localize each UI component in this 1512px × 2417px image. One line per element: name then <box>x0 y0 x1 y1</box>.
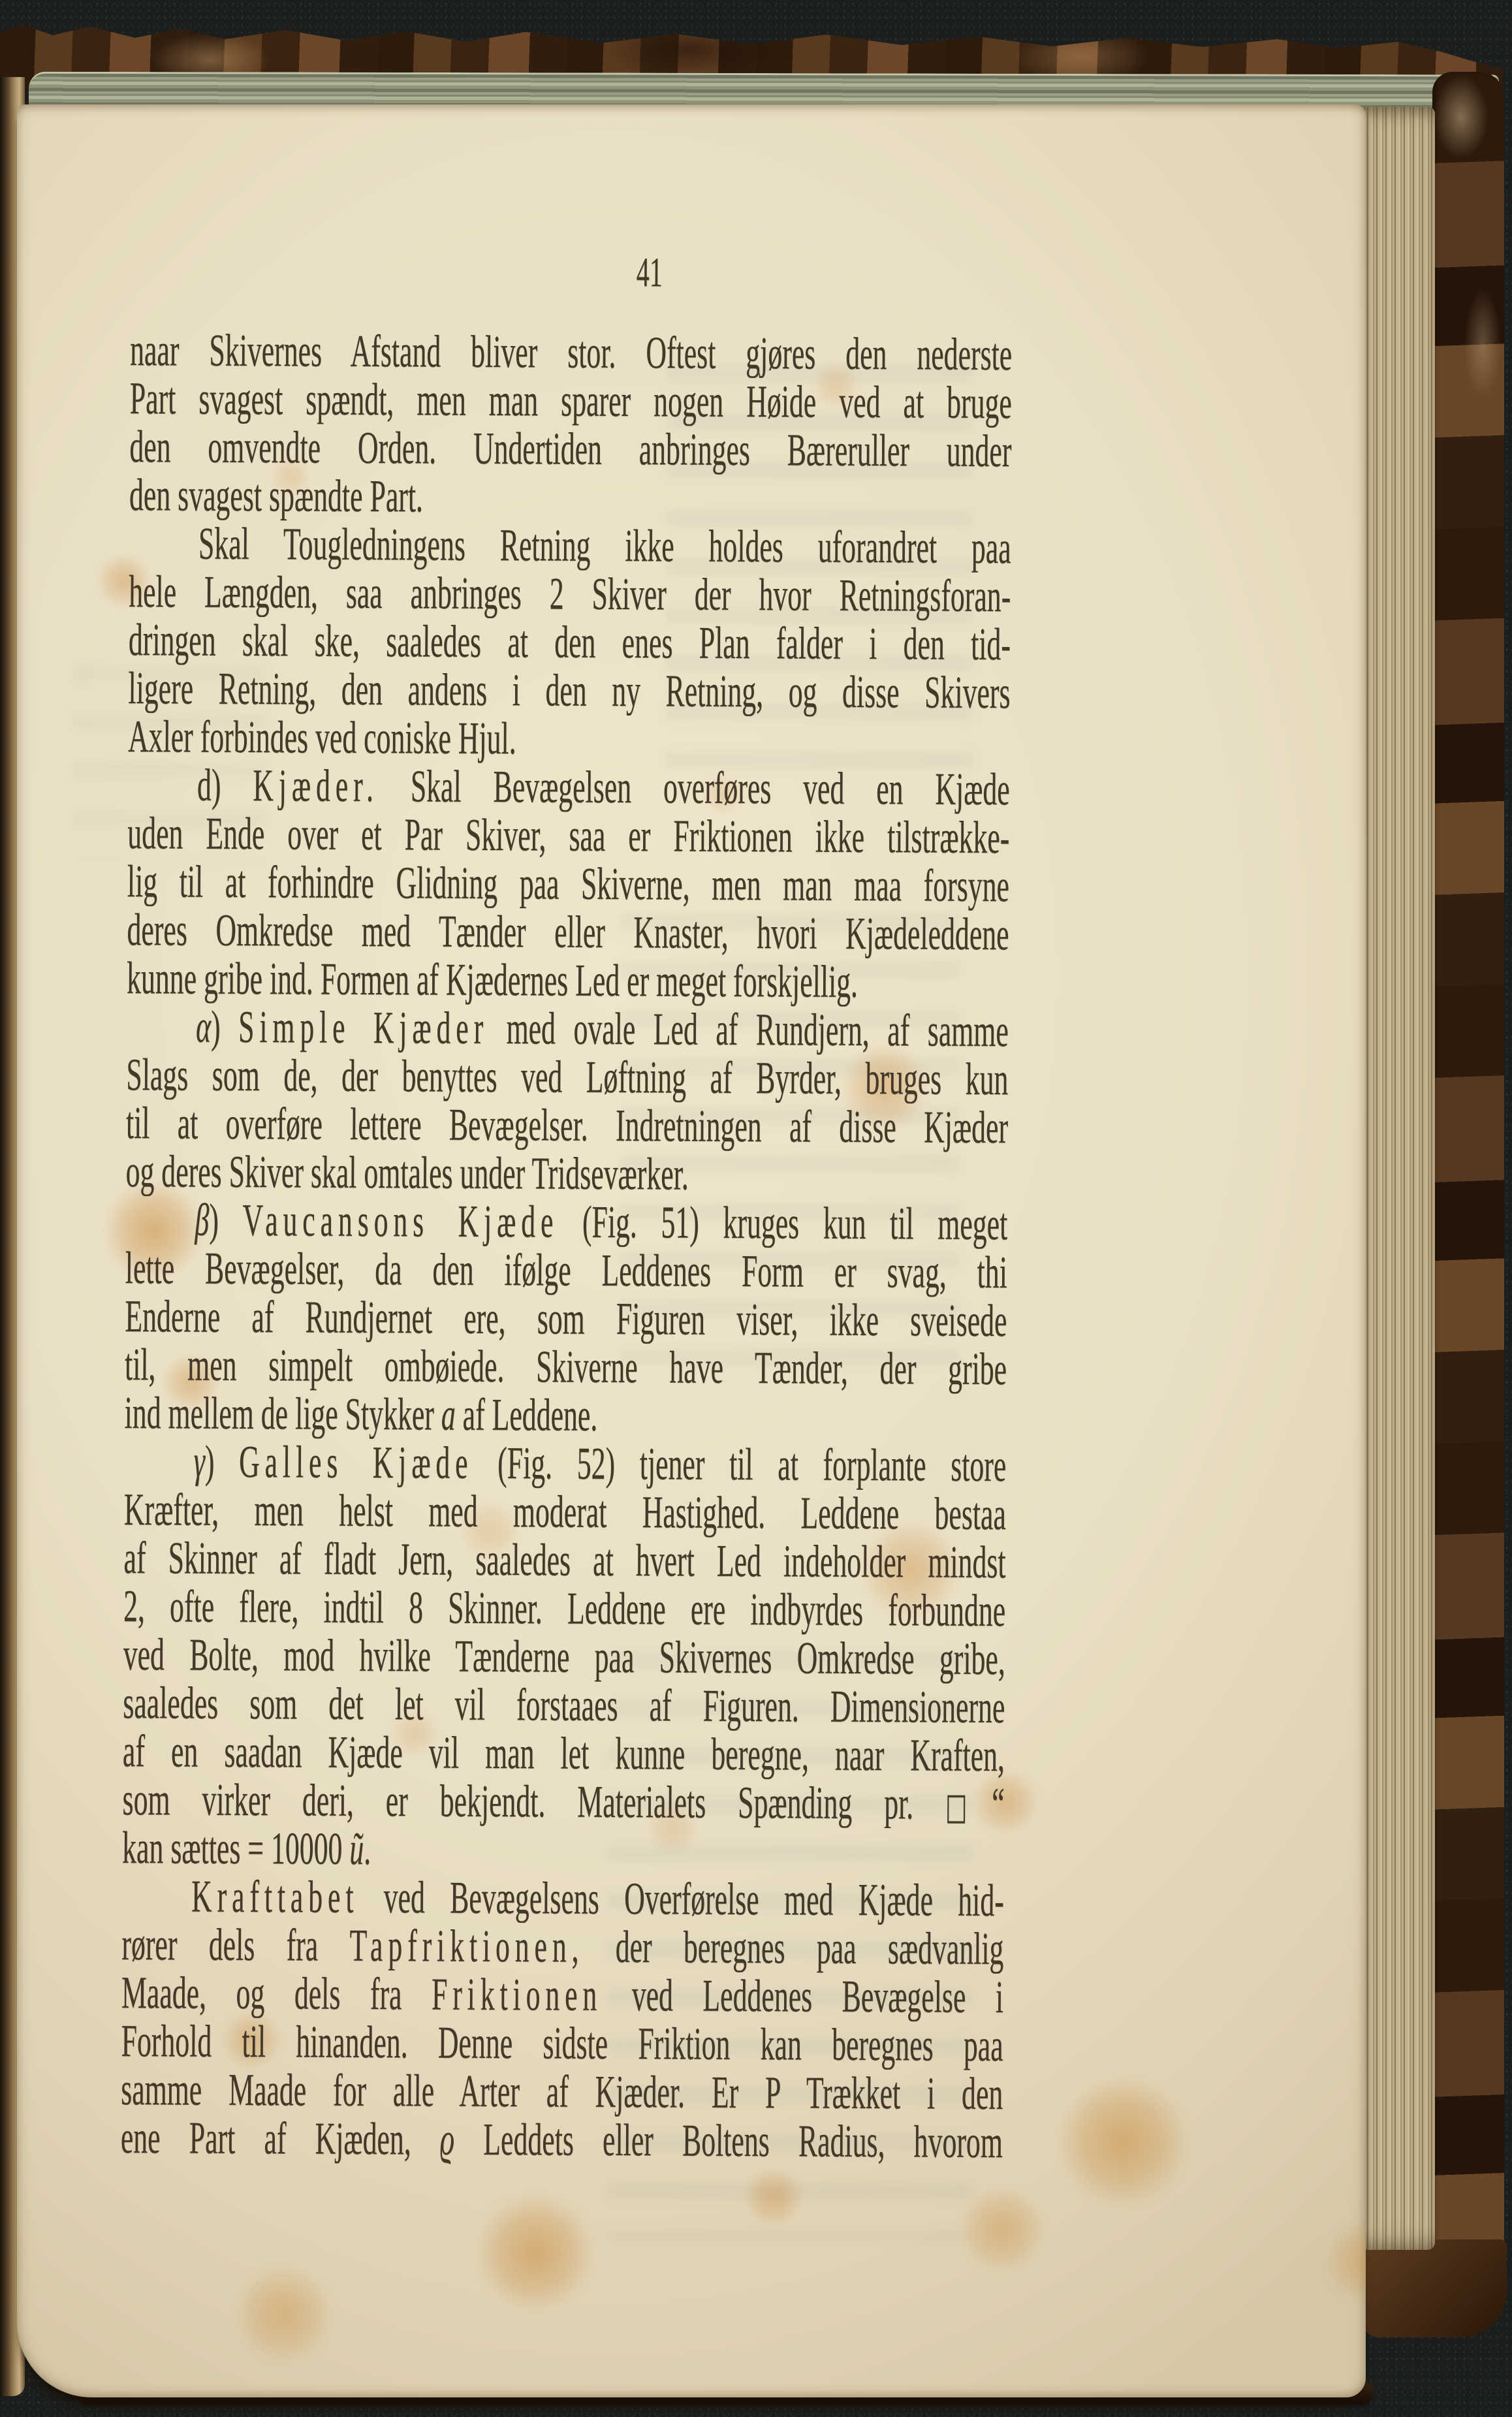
text-segment: Galles Kjæde <box>239 1438 473 1489</box>
text-segment: ene Part af Kjæden, <box>121 2114 440 2165</box>
book-right-page-edges <box>1362 107 1435 2250</box>
text-segment: af Leddene. <box>456 1390 598 1441</box>
text-segment: ved Bolte, mod hvilke Tænderne paa Skive… <box>123 1631 1005 1684</box>
text-line: og deres Skiver skal omtales under Trids… <box>125 1148 1007 1201</box>
text-segment: samme Maade for alle Arter af Kjæder. Er… <box>121 2066 1003 2119</box>
text-line: af Skinner af fladt Jern, saaledes at hv… <box>123 1534 1005 1587</box>
text-segment: Skal Tougledningens Retning ikke holdes … <box>198 520 1011 573</box>
text-segment: Forhold til hinanden. Denne sidste Frikt… <box>121 2017 1003 2070</box>
text-segment: uden Ende over et Par Skiver, saa er Fri… <box>127 810 1009 862</box>
text-segment: og deres Skiver skal omtales under Trids… <box>125 1148 689 1200</box>
text-line: α) Simple Kjæder med ovale Led af Rundje… <box>127 1003 1009 1056</box>
text-segment: . <box>364 1824 371 1874</box>
text-segment: ϱ <box>440 2115 455 2165</box>
text-line: hele Længden, saa anbringes 2 Skiver der… <box>129 568 1011 621</box>
text-segment: ũ <box>349 1824 364 1874</box>
text-line: ved Bolte, mod hvilke Tænderne paa Skive… <box>123 1631 1005 1684</box>
text-segment: Kræfter, men helst med moderat Hastighed… <box>124 1486 1006 1539</box>
text-line: Part svagest spændt, men man sparer noge… <box>130 375 1012 428</box>
text-segment: ligere Retning, den andens i den ny Retn… <box>128 665 1010 718</box>
text-segment: Slags som de, der benyttes ved Løftning … <box>126 1051 1008 1104</box>
foxing-stain <box>1325 2220 1366 2305</box>
text-line: saaledes som det let vil forstaaes af Fi… <box>123 1679 1005 1732</box>
foxing-stain <box>960 2187 1045 2272</box>
text-line: Forhold til hinanden. Denne sidste Frikt… <box>121 2017 1003 2070</box>
text-line: kunne gribe ind. Formen af Kjædernes Led… <box>127 955 1009 1007</box>
text-line: ligere Retning, den andens i den ny Retn… <box>128 665 1010 718</box>
text-segment: ) <box>211 1003 238 1052</box>
text-segment: til, men simpelt ombøiede. Skiverne have… <box>125 1341 1007 1394</box>
text-line: af en saadan Kjæde vil man let kunne ber… <box>123 1728 1005 1780</box>
text-segment: som virker deri, er bekjendt. Materialet… <box>122 1776 945 1829</box>
text-line: γ) Galles Kjæde (Fig. 52) tjener til at … <box>124 1438 1006 1491</box>
text-segment: Maade, og dels fra <box>121 1969 432 2019</box>
text-segment: hele Længden, saa anbringes 2 Skiver der… <box>129 568 1011 621</box>
text-line: rører dels fra Tapfriktionen, der beregn… <box>121 1921 1003 1974</box>
text-line: Krafttabet ved Bevægelsens Overførelse m… <box>122 1872 1004 1925</box>
text-line: Slags som de, der benyttes ved Løftning … <box>126 1051 1008 1104</box>
text-segment: 2, ofte flere, indtil 8 Skinner. Leddene… <box>123 1583 1005 1635</box>
text-segment: α <box>196 1003 211 1052</box>
text-segment: d) <box>197 761 253 811</box>
text-segment: deres Omkredse med Tænder eller Knaster,… <box>127 906 1009 959</box>
text-line: lette Bevægelser, da den ifølge Leddenes… <box>125 1244 1007 1297</box>
text-segment: ved Bevægelsens Overførelse med Kjæde hi… <box>358 1872 1004 1925</box>
book-right-cover-edge <box>1432 72 1504 2331</box>
foxing-stain <box>744 2168 803 2226</box>
text-line: den svagest spændte Part. <box>129 471 1011 524</box>
text-segment: ind mellem de lige Stykker <box>124 1389 441 1440</box>
text-line: uden Ende over et Par Skiver, saa er Fri… <box>127 810 1009 862</box>
text-segment: Leddets eller Boltens Radius, hvorom <box>454 2115 1003 2167</box>
text-segment: Tapfriktionen, <box>349 1921 584 1972</box>
text-segment: “ <box>992 1779 1005 1829</box>
text-segment: der beregnes paa sædvanlig <box>584 1922 1003 1974</box>
text-segment: kunne gribe ind. Formen af Kjædernes Led… <box>127 955 858 1007</box>
text-segment: Axler forbindes ved coniske Hjul. <box>128 713 516 764</box>
text-segment: Enderne af Rundjernet ere, som Figuren v… <box>125 1293 1007 1346</box>
text-segment: ) <box>209 1196 243 1246</box>
book-bottom-right-cover-corner <box>1362 2239 1507 2337</box>
text-line: deres Omkredse med Tænder eller Knaster,… <box>127 906 1009 959</box>
text-line: samme Maade for alle Arter af Kjæder. Er… <box>121 2066 1003 2119</box>
text-line: Maade, og dels fra Friktionen ved Ledden… <box>121 1969 1003 2022</box>
text-segment: til at overføre lettere Bevægelser. Indr… <box>126 1099 1008 1152</box>
text-line: dringen skal ske, saaledes at den enes P… <box>129 616 1011 669</box>
text-line: d) Kjæder. Skal Bevægelsen overføres ved… <box>127 761 1009 814</box>
text-line: β) Vaucansons Kjæde (Fig. 51) kruges kun… <box>125 1196 1007 1249</box>
text-segment: dringen skal ske, saaledes at den enes P… <box>129 616 1011 669</box>
text-segment: med ovale Led af Rundjern, af samme <box>488 1003 1009 1056</box>
text-line: Skal Tougledningens Retning ikke holdes … <box>129 520 1011 573</box>
text-segment: (Fig. 52) tjener til at forplante store <box>473 1438 1006 1491</box>
text-line: til at overføre lettere Bevægelser. Indr… <box>126 1099 1008 1152</box>
text-line: Axler forbindes ved coniske Hjul. <box>128 713 1010 766</box>
text-segment: β <box>195 1196 209 1246</box>
text-line: Enderne af Rundjernet ere, som Figuren v… <box>125 1293 1007 1346</box>
text-segment: Krafttabet <box>191 1872 359 1923</box>
text-line: Kræfter, men helst med moderat Hastighed… <box>124 1486 1006 1539</box>
text-line: til, men simpelt ombøiede. Skiverne have… <box>125 1341 1007 1394</box>
text-segment: lette Bevægelser, da den ifølge Leddenes… <box>125 1244 1007 1297</box>
text-segment: Part svagest spændt, men man sparer noge… <box>130 375 1012 428</box>
text-line: ene Part af Kjæden, ϱ Leddets eller Bolt… <box>121 2114 1003 2167</box>
text-segment: lig til at forhindre Glidning paa Skiver… <box>127 858 1009 911</box>
text-segment: ) <box>205 1438 240 1487</box>
foxing-stain <box>235 2266 333 2363</box>
foxing-stain <box>1058 2076 1188 2207</box>
text-segment: ved Leddenes Bevægelse i <box>602 1970 1003 2022</box>
text-line: naar Skivernes Afstand bliver stor. Ofte… <box>130 326 1012 379</box>
text-segment: Vaucansons Kjæde <box>242 1196 558 1247</box>
text-segment: Friktionen <box>432 1969 603 2020</box>
text-line: den omvendte Orden. Undertiden anbringes… <box>129 423 1011 476</box>
text-line: ind mellem de lige Stykker a af Leddene. <box>124 1389 1006 1442</box>
text-segment: saaledes som det let vil forstaaes af Fi… <box>123 1679 1005 1732</box>
text-segment: af Skinner af fladt Jern, saaledes at hv… <box>123 1534 1005 1587</box>
text-segment: den svagest spændte Part. <box>129 471 423 522</box>
book-scan-photo: 41 naar Skivernes Afstand bliver stor. O… <box>0 0 1512 2417</box>
text-line: som virker deri, er bekjendt. Materialet… <box>122 1776 1004 1829</box>
text-segment: Kjæder. <box>253 761 379 812</box>
text-block: 41 naar Skivernes Afstand bliver stor. O… <box>121 245 1013 2167</box>
text-segment: den omvendte Orden. Undertiden anbringes… <box>129 423 1011 476</box>
text-segment: af en saadan Kjæde vil man let kunne ber… <box>123 1728 1005 1780</box>
page-number: 41 <box>131 245 1013 298</box>
text-segment: rører dels fra <box>121 1921 349 1971</box>
text-segment: □ <box>945 1786 992 1828</box>
text-line: 2, ofte flere, indtil 8 Skinner. Leddene… <box>123 1583 1005 1635</box>
text-segment: kan sættes = 10000 <box>122 1824 350 1874</box>
body-text: naar Skivernes Afstand bliver stor. Ofte… <box>121 326 1013 2167</box>
text-segment: (Fig. 51) kruges kun til meget <box>558 1197 1007 1249</box>
text-segment: naar Skivernes Afstand bliver stor. Ofte… <box>130 326 1012 379</box>
text-segment: Skal Bevægelsen overføres ved en Kjæde <box>379 761 1010 814</box>
text-line: kan sættes = 10000 ũ. <box>122 1824 1004 1877</box>
foxing-stain <box>477 2194 594 2311</box>
text-line: lig til at forhindre Glidning paa Skiver… <box>127 858 1009 911</box>
text-segment: a <box>441 1390 456 1440</box>
text-segment: γ <box>193 1438 205 1487</box>
text-segment: Simple Kjæder <box>238 1003 488 1054</box>
